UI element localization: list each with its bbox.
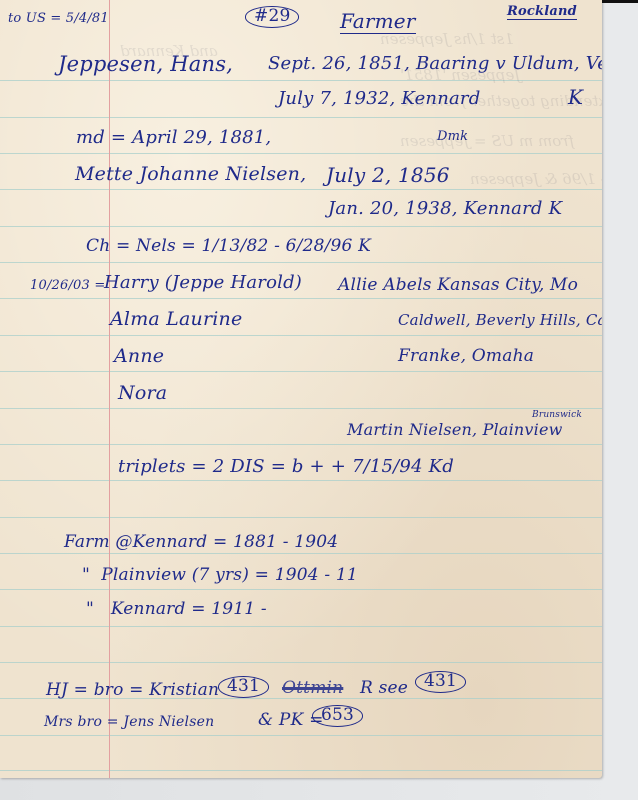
farm-entry: " Kennard = 1911 - [86,599,267,619]
triplets-note: triplets = 2 DIS = b + + 7/15/94 Kd [118,456,454,477]
ruled-line [0,770,602,771]
ruled-line [0,371,602,372]
ruled-line [0,735,602,736]
see-reference: R see [360,678,408,698]
margin-line [109,0,110,778]
subject-birth: Sept. 26, 1851, Baaring v Uldum, Vejle [268,53,602,74]
crossed-out-text: Ottmin [282,678,343,698]
scan-edge [602,0,638,3]
notebook-page: 1st 1/hs Jeppesen and Kennard Jeppesen '… [0,0,602,778]
other-relative-note: Brunswick [532,410,582,420]
spouse-birth: July 2, 1856 [326,163,450,187]
circled-ref-431-second: 431 [415,671,466,693]
spouse-name: Mette Johanne Nielsen, [75,163,306,185]
child-spouse-location: Allie Abels Kansas City, Mo [338,275,578,295]
other-relative-name: Martin Nielsen, Plainview [347,420,563,439]
ruled-line [0,80,602,81]
ruled-line [0,153,602,154]
marriage-date: md = April 29, 1881, [76,127,271,148]
subject-name: Jeppesen, Hans, [58,52,233,76]
children-heading: Ch = Nels = 1/13/82 - 6/28/96 K [86,236,371,256]
mrs-brother: Mrs bro = Jens Nielsen [44,714,214,730]
ruled-line [0,408,602,409]
record-number: #29 [245,6,299,28]
spouse-death: Jan. 20, 1938, Kennard K [328,198,562,219]
marriage-country: Dmk [437,129,468,144]
ruled-line [0,553,602,554]
farm-entry: Farm @Kennard = 1881 - 1904 [64,532,338,552]
ruled-line [0,298,602,299]
death-marker: K [568,85,583,109]
place-label: Rockland [507,4,577,19]
ruled-line [0,662,602,663]
bleed-through-text: from m US = Jeppesen [400,132,574,150]
circled-ref-653: 653 [312,705,363,727]
ruled-line [0,444,602,445]
ruled-line [0,517,602,518]
ruled-line [0,226,602,227]
child-name: Alma Laurine [110,308,242,330]
child-name: Nora [118,382,167,404]
subject-death: July 7, 1932, Kennard [278,88,480,109]
child-name: Harry (Jeppe Harold) [104,272,302,293]
farm-entry: " Plainview (7 yrs) = 1904 - 11 [82,565,358,585]
circled-ref-431: 431 [218,676,269,698]
ruled-line [0,335,602,336]
bleed-through-text: Pop - 1/96 & Jeppesen [470,170,602,188]
child-name: Anne [114,345,164,367]
ruled-line [0,189,602,190]
ruled-line [0,262,602,263]
ruled-line [0,480,602,481]
child-spouse-location: Caldwell, Beverly Hills, Calif [398,311,602,329]
ruled-line [0,589,602,590]
ruled-line [0,117,602,118]
ruled-line [0,626,602,627]
child-spouse-location: Franke, Omaha [398,346,534,366]
immigration-date: to US = 5/4/81 [8,11,109,26]
child-note: 10/26/03 = [30,278,105,293]
occupation: Farmer [340,9,416,33]
hj-brother: HJ = bro = Kristian [46,680,219,700]
